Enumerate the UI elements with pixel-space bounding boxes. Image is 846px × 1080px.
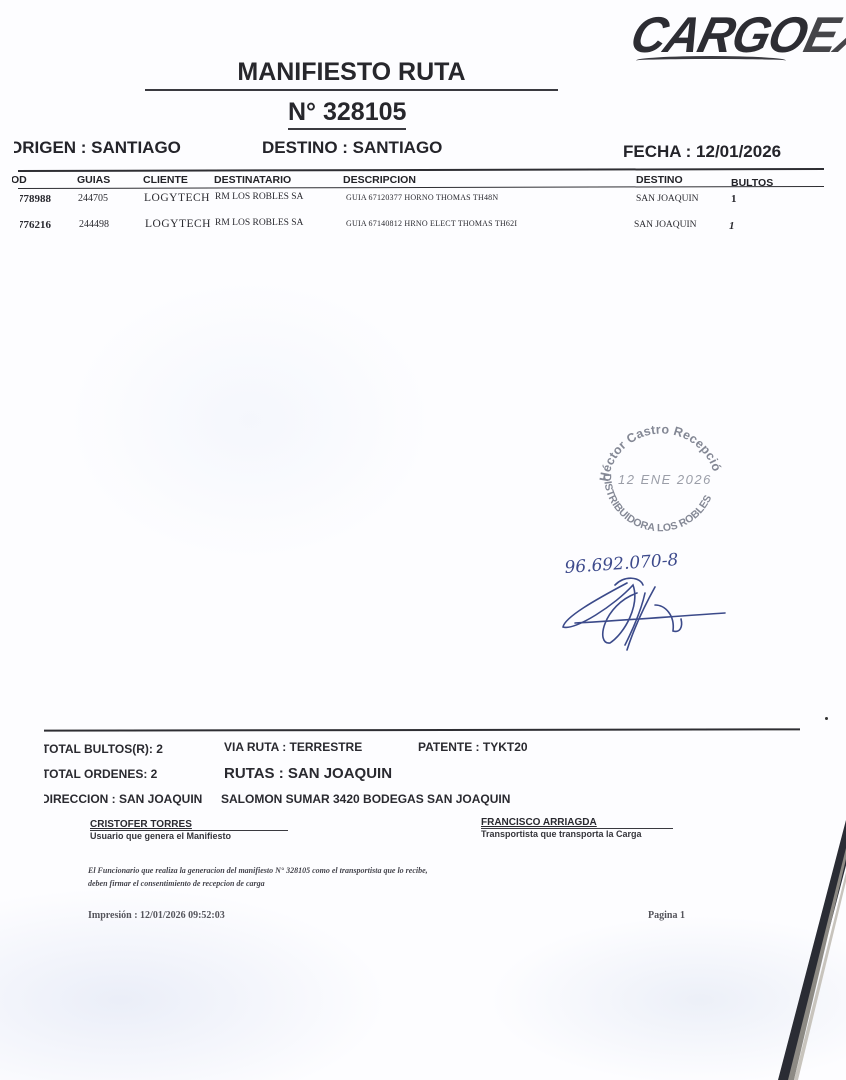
cell-destino: SAN JOAQUIN xyxy=(634,220,697,230)
col-header-descripcion: DESCRIPCION xyxy=(343,174,416,186)
origin-field: ORIGEN : SANTIAGO xyxy=(14,138,204,158)
notice-line-2: deben firmar el consentimiento de recepc… xyxy=(88,877,548,890)
col-header-cliente: CLIENTE xyxy=(143,174,188,186)
total-ordenes: TOTAL ORDENES: 2 xyxy=(44,767,194,781)
date-field: FECHA : 12/01/2026 xyxy=(623,142,781,162)
cell-od: 778988 xyxy=(20,193,68,205)
cell-destino: SAN JOAQUIN xyxy=(636,194,699,204)
via-ruta: VIA RUTA : TERRESTRE xyxy=(224,740,362,754)
patente: PATENTE : TYKT20 xyxy=(418,740,528,754)
col-header-od: OD xyxy=(12,174,42,186)
generator-name: CRISTOFER TORRES xyxy=(90,819,192,830)
destination-field: DESTINO : SANTIAGO xyxy=(262,138,442,158)
col-header-od-text: OD xyxy=(12,174,27,186)
generator-role: Usuario que genera el Manifiesto xyxy=(90,831,231,841)
direccion-value: SALOMON SUMAR 3420 BODEGAS SAN JOAQUIN xyxy=(221,792,510,806)
cell-guias: 244705 xyxy=(78,193,108,204)
ink-speck xyxy=(825,717,828,720)
carrier-role: Transportista que transporta la Carga xyxy=(481,829,642,839)
total-bultos: TOTAL BULTOS(R): 2 xyxy=(44,742,194,756)
cell-cliente: LOGYTECH xyxy=(144,192,210,204)
handwritten-signature: 96.692.070-8 xyxy=(555,545,755,655)
cell-cliente: LOGYTECH xyxy=(145,218,211,230)
cell-descripcion: GUIA 67140812 HRNO ELECT THOMAS TH62I xyxy=(346,219,517,228)
cell-descripcion: GUIA 67120377 HORNO THOMAS TH48N xyxy=(346,193,498,202)
logo-text-main: CARGO xyxy=(625,8,813,64)
cell-bultos: 1 xyxy=(729,220,735,232)
rutas: RUTAS : SAN JOAQUIN xyxy=(224,765,392,782)
total-bultos-text: TOTAL BULTOS(R): 2 xyxy=(44,742,163,756)
direccion-label-text: DIRECCION : SAN JOAQUIN xyxy=(44,792,202,806)
stamp-date: 12 ENE 2026 xyxy=(618,472,712,487)
cell-destinatario: RM LOS ROBLES SA xyxy=(215,218,303,228)
cell-od-text: 778988 xyxy=(20,193,51,205)
logo-swoosh xyxy=(636,56,786,65)
col-header-destino: DESTINO xyxy=(636,174,683,186)
cell-bultos: 1 xyxy=(731,193,737,205)
origin-text: ORIGEN : SANTIAGO xyxy=(14,138,181,157)
handwritten-rut: 96.692.070-8 xyxy=(564,550,679,578)
notice-line-1: El Funcionario que realiza la generacion… xyxy=(88,864,548,877)
cargoex-logo: CARGOEX xyxy=(626,11,846,61)
direccion-label: DIRECCION : SAN JOAQUIN xyxy=(44,792,224,806)
pen-object xyxy=(770,820,846,1080)
print-timestamp: Impresión : 12/01/2026 09:52:03 xyxy=(88,910,225,921)
reception-stamp: Héctor Castro Recepción SSTT DISTRIBUIDO… xyxy=(596,412,726,532)
col-header-bultos: BULTOS xyxy=(731,177,773,189)
cell-od-text: 776216 xyxy=(20,219,51,231)
cell-guias: 244498 xyxy=(79,219,109,230)
col-header-guias: GUIAS xyxy=(77,174,110,186)
total-ordenes-text: TOTAL ORDENES: 2 xyxy=(44,767,157,781)
col-header-destinatario: DESTINATARIO xyxy=(214,174,291,186)
cell-destinatario: RM LOS ROBLES SA xyxy=(215,192,303,202)
carrier-name: FRANCISCO ARRIAGDA xyxy=(481,817,597,828)
page-number: Pagina 1 xyxy=(648,910,685,921)
cell-od: 776216 xyxy=(20,219,68,231)
document-title: MANIFIESTO RUTA xyxy=(145,58,558,91)
signature-notice: El Funcionario que realiza la generacion… xyxy=(88,864,548,890)
manifest-number: N° 328105 xyxy=(288,98,406,130)
